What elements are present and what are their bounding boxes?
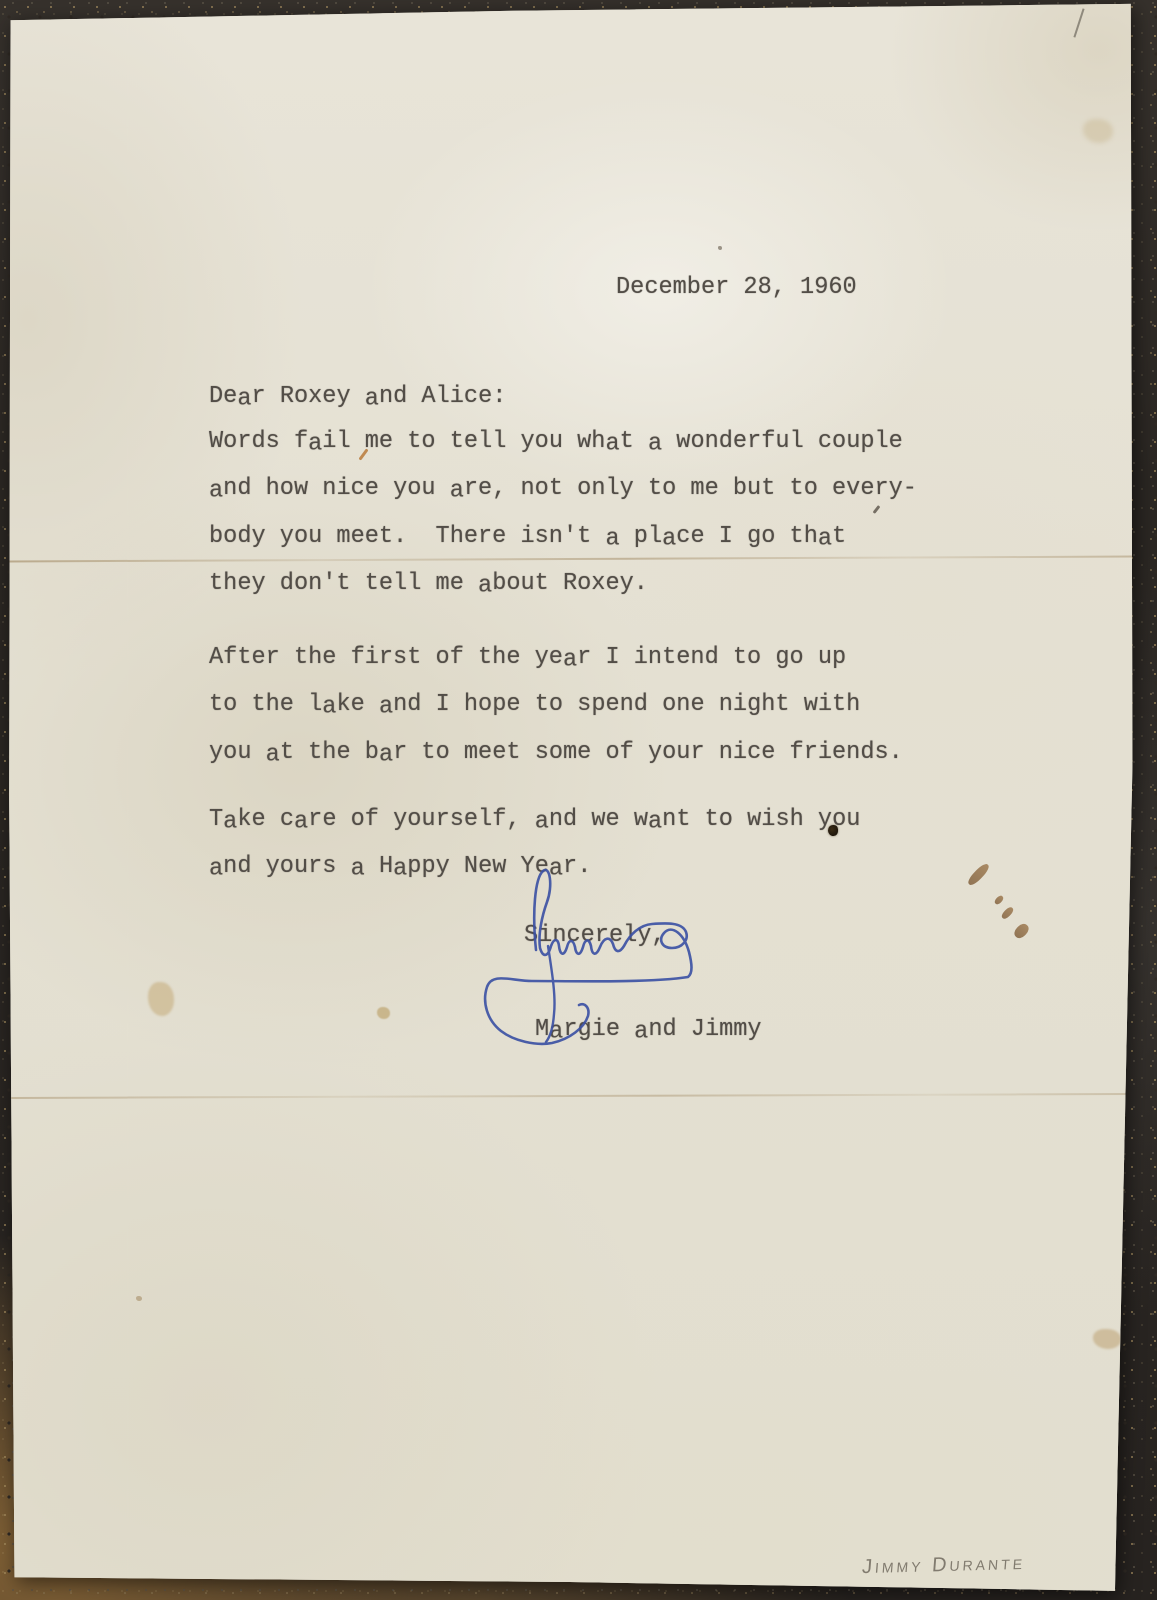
small-stain-center [377,1007,390,1019]
paragraph-line: body you meet. There isn't a place I go … [209,513,917,560]
paragraph-line: After the first of the year I intend to … [209,634,903,681]
paragraph-line: they don't tell me about Roxey. [209,560,917,607]
paragraph-line: you at the bar to meet some of your nice… [209,729,903,776]
letter-date: December 28, 1960 [616,264,857,311]
speck [718,246,722,250]
fold-crease-lower [6,1093,1133,1099]
rust-stain-segment [993,894,1004,905]
typed-signature: Margie and Jimmy [535,1006,762,1053]
tan-stain-left [148,982,174,1016]
rust-stain [966,859,1036,943]
granite-countertop-background: December 28, 1960 Dear Roxey and Alice: … [0,0,1157,1600]
letter-salutation: Dear Roxey and Alice: [209,373,506,420]
stain-top-right [1083,119,1113,143]
paragraph-line: Words fail me to tell you what a wonderf… [209,418,917,465]
letter-photo: December 28, 1960 Dear Roxey and Alice: … [0,0,1157,1600]
letter-closing: Sincerely, [524,912,666,959]
rust-stain-segment [966,862,991,888]
paragraph-line: and how nice you are, not only to me but… [209,465,917,512]
letter-paragraph-1: Words fail me to tell you what a wonderf… [209,418,917,607]
letter-paragraph-2: After the first of the year I intend to … [209,634,903,776]
paragraph-line: and yours a Happy New Year. [209,843,860,890]
pencil-annotation: Jimmy Durante [861,1552,1026,1579]
paragraph-line: to the lake and I hope to spend one nigh… [209,681,903,728]
letter-paper: December 28, 1960 Dear Roxey and Alice: … [6,2,1133,1594]
speck [136,1296,142,1301]
rust-stain-segment [1012,921,1031,940]
letter-paragraph-3: Take care of yourself, and we want to wi… [209,796,860,891]
stain-bottom-right [1093,1329,1121,1349]
pencil-tick-top-right [1073,8,1084,37]
rust-stain-segment [1000,906,1015,921]
paragraph-line: Take care of yourself, and we want to wi… [209,796,860,843]
ink-blot [828,825,838,836]
